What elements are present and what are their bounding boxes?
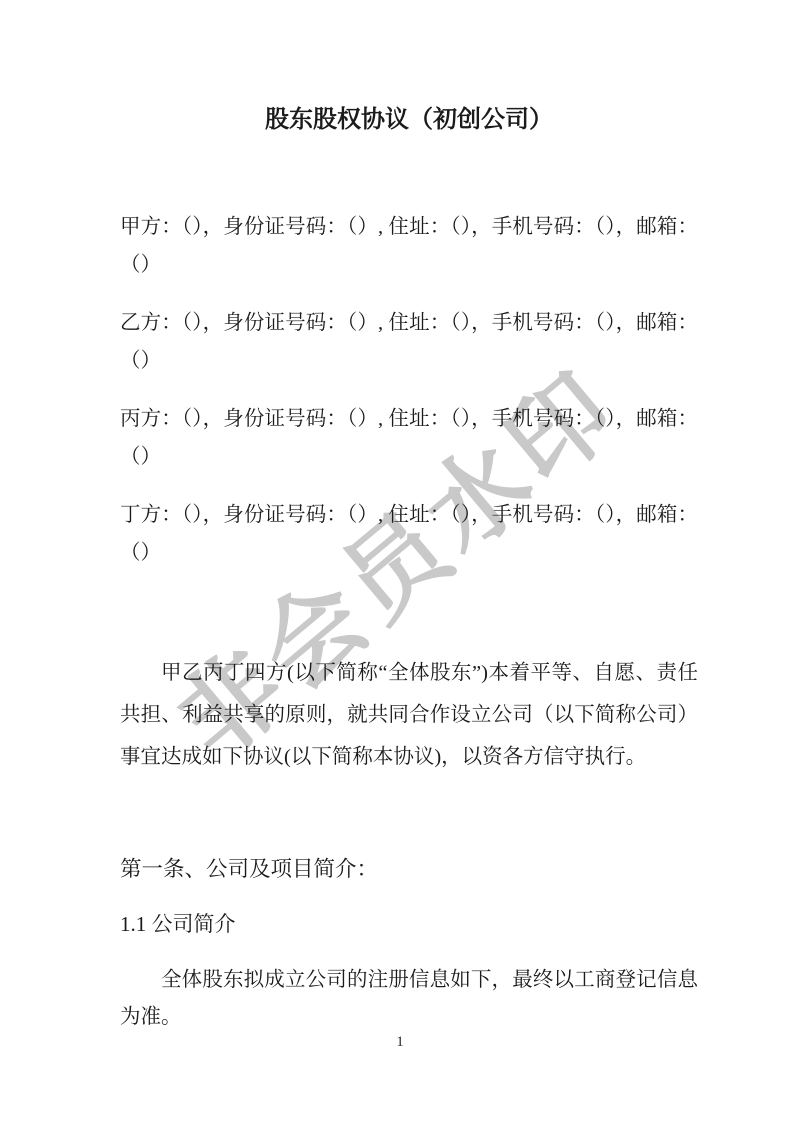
page-number: 1 xyxy=(0,1032,800,1052)
party-a-paragraph: 甲方：（），身份证号码：（）, 住址：（），手机号码：（），邮箱：（） xyxy=(120,208,698,284)
preamble-paragraph: 甲乙丙丁四方(以下简称“全体股东”)本着平等、自愿、责任共担、利益共享的原则，就… xyxy=(120,652,698,778)
party-b-paragraph: 乙方：（），身份证号码：（）, 住址：（），手机号码：（），邮箱：（） xyxy=(120,304,698,380)
party-c-paragraph: 丙方：（），身份证号码：（）, 住址：（），手机号码：（），邮箱：（） xyxy=(120,400,698,476)
party-d-paragraph: 丁方：（），身份证号码：（）, 住址：（），手机号码：（），邮箱：（） xyxy=(120,496,698,572)
body-paragraph: 全体股东拟成立公司的注册信息如下，最终以工商登记信息为准。 xyxy=(120,962,698,1036)
subsection-heading: 1.1 公司简介 xyxy=(120,909,698,939)
document-page: 非会员水印 股东股权协议（初创公司） 甲方：（），身份证号码：（）, 住址：（）… xyxy=(0,0,800,1131)
document-content: 股东股权协议（初创公司） 甲方：（），身份证号码：（）, 住址：（），手机号码：… xyxy=(0,0,800,1036)
document-title: 股东股权协议（初创公司） xyxy=(120,103,698,137)
section-heading: 第一条、公司及项目简介： xyxy=(120,854,698,884)
